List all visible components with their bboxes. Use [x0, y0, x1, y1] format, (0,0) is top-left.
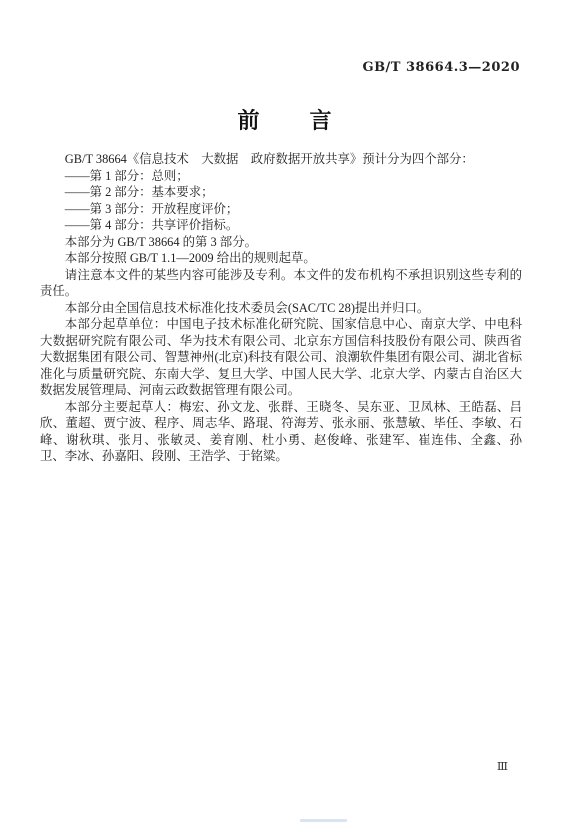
standard-code: GB/T 38664.3—2020 — [362, 60, 520, 75]
page-number: Ⅲ — [497, 759, 508, 773]
drafting-organizations: 本部分起草单位：中国电子技术标准化研究院、国家信息中心、南京大学、中电科大数据研… — [40, 316, 522, 399]
drafting-rule: 本部分按照 GB/T 1.1—2009 给出的规则起草。 — [40, 250, 522, 267]
document-page: GB/T 38664.3—2020 前 言 GB/T 38664《信息技术 大数… — [0, 0, 571, 827]
part-list-item-3: ——第 3 部分：开放程度评价； — [40, 201, 522, 218]
intro-paragraph: GB/T 38664《信息技术 大数据 政府数据开放共享》预计分为四个部分： — [40, 151, 522, 168]
part-list-item-4: ——第 4 部分：共享评价指标。 — [40, 217, 522, 234]
part-list-item-1: ——第 1 部分：总则； — [40, 168, 522, 185]
drafters-list: 本部分主要起草人：梅宏、孙文龙、张群、王晓冬、吴东亚、卫凤林、王皓磊、吕欣、董超… — [40, 399, 522, 465]
patent-notice: 请注意本文件的某些内容可能涉及专利。本文件的发布机构不承担识别这些专利的责任。 — [40, 267, 522, 300]
footer-accent-line — [300, 819, 347, 822]
page-title: 前 言 — [0, 104, 571, 135]
part-statement: 本部分为 GB/T 38664 的第 3 部分。 — [40, 234, 522, 251]
part-list-item-2: ——第 2 部分：基本要求； — [40, 184, 522, 201]
foreword-body: GB/T 38664《信息技术 大数据 政府数据开放共享》预计分为四个部分： —… — [40, 151, 522, 465]
committee-statement: 本部分由全国信息技术标准化技术委员会(SAC/TC 28)提出并归口。 — [40, 300, 522, 317]
